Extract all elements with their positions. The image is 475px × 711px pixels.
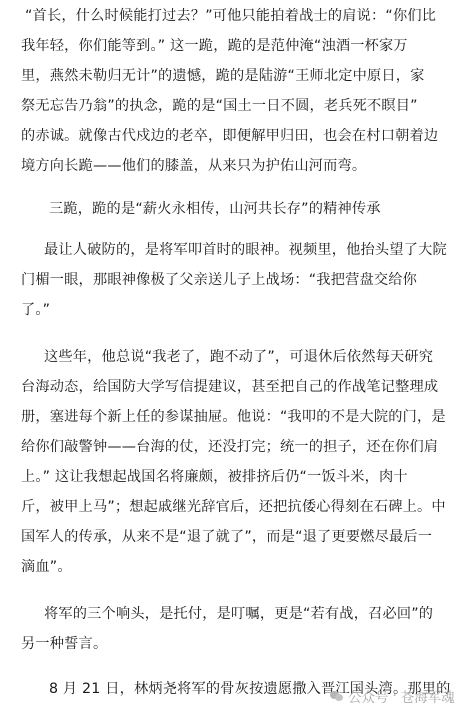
text-line-8: 最让人破防的，是将军叩首时的眼神。视频里，他抬头望了大院 bbox=[44, 241, 447, 259]
text-line-14: 给你们敲警钟——台海的仗，还没打完；统一的担子，还在你们肩 bbox=[21, 438, 438, 456]
watermark-label: 公众号 bbox=[348, 686, 389, 706]
watermark: 公众号 · 苍海军魂 bbox=[330, 686, 455, 706]
text-line-5: 的赤诚。就像古代戍边的老卒，即便解甲归田，也会在村口朝着边 bbox=[21, 127, 438, 145]
text-line-13: 册，塞进每个新上任的参谋抽屉。他说：“我叩的不是大院的门，是 bbox=[21, 408, 446, 426]
text-line-10: 了。” bbox=[21, 301, 50, 319]
text-line-15: 上。” 这让我想起战国名将廉颇，被排挤后仍“一饭斗米，肉十 bbox=[21, 468, 408, 486]
text-line-16: 斤，被甲上马”；想起戚继光辞官后，还把抗倭心得刻在石碑上。中 bbox=[21, 498, 446, 516]
wechat-icon bbox=[330, 690, 344, 702]
watermark-separator: · bbox=[393, 688, 397, 704]
text-line-12: 台海动态，给国防大学写信提建议，甚至把自己的作战笔记整理成 bbox=[21, 378, 438, 396]
text-line-11: 这些年，他总说“我老了，跑不动了”，可退休后依然每天研究 bbox=[44, 348, 433, 366]
text-line-1: “首长，什么时候能打过去？”可他只能拍着战士的肩说：“你们比 bbox=[25, 7, 436, 25]
text-line-4: 祭无忘告乃翁”的执念，跪的是“国土一日不圆，老兵死不瞑目” bbox=[21, 97, 418, 115]
section-heading-three-kneel: 三跪，跪的是“薪火永相传，山河共长存”的精神传承 bbox=[49, 200, 381, 218]
text-line-9: 门楣一眼，那眼神像极了父亲送儿子上战场：“我把营盘交给你 bbox=[21, 271, 417, 289]
text-line-19: 将军的三个响头，是托付，是叮嘱，更是“若有战，召必回”的 bbox=[44, 605, 433, 623]
watermark-account: 苍海军魂 bbox=[401, 686, 455, 706]
text-line-3: 里，燕然未勒归无计”的遗憾，跪的是陆游“王师北定中原日，家 bbox=[21, 67, 425, 85]
text-line-17: 国军人的传承，从来不是“退了就了”，而是“退了更要燃尽最后一 bbox=[21, 528, 432, 546]
text-line-18: 滴血”。 bbox=[21, 558, 72, 576]
text-line-2: 我年轻，你们能等到。” 这一跪，跪的是范仲淹“浊酒一杯家万 bbox=[21, 37, 408, 55]
text-line-20: 另一种誓言。 bbox=[21, 635, 107, 653]
text-line-6: 境方向长跪——他们的膝盖，从来只为护佑山河而弯。 bbox=[21, 157, 366, 175]
